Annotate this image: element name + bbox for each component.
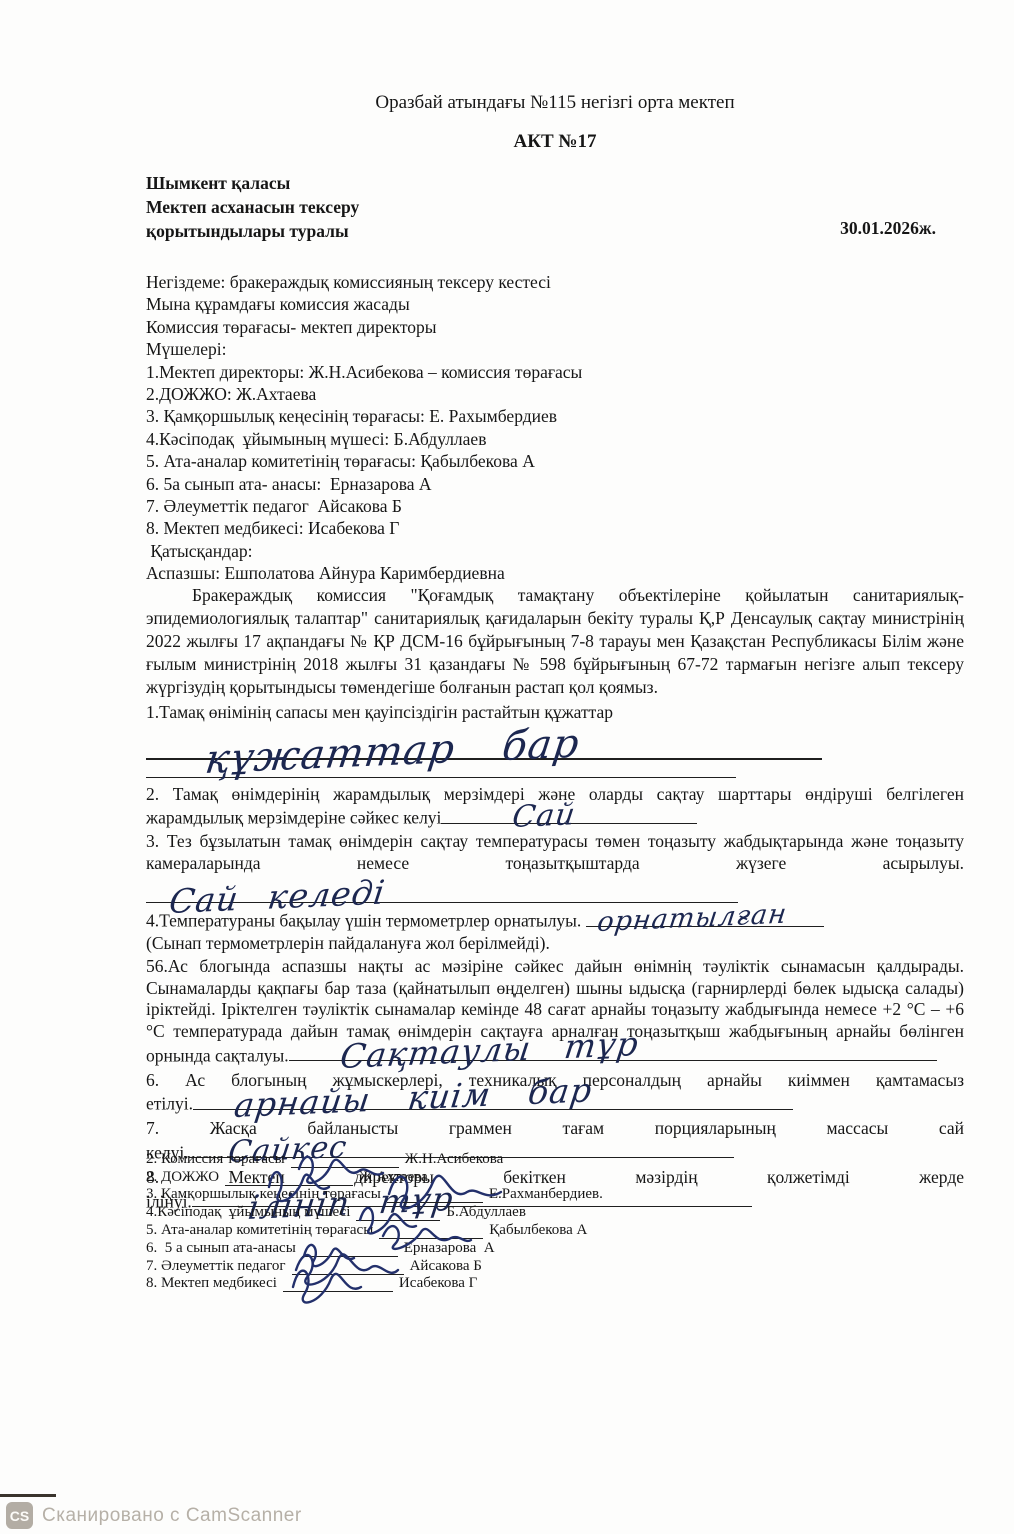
item-3: 3. Тез бұзылатын тамақ өнімдерін сақтау … (146, 831, 964, 903)
item-56-handwriting: Сақтаулы тұр (339, 1033, 640, 1068)
item-1: 1.Тамақ өнімінің сапасы мен қауіпсіздігі… (146, 702, 964, 778)
signature-label: 8. Мектеп медбикесі (146, 1275, 277, 1292)
intro-line: 2.ДОЖЖО: Ж.Ахтаева (146, 383, 964, 405)
signature-name: Исабекова Г (399, 1275, 477, 1292)
scanned-document-page: Оразбай атындағы №115 негізгі орта мекте… (0, 0, 1014, 1534)
item-4-handwriting: орнатылған (596, 904, 788, 934)
item-1-handwriting: құжаттар бар (204, 734, 581, 772)
item-3-line2: камераларында немесе тоңазытқыштарда жүз… (146, 853, 964, 875)
signature-label: 2. ДОЖЖО (146, 1169, 219, 1186)
signature-label: 4.Кәсіподақ ұйымының мүшесі (146, 1204, 350, 1221)
intro-line: 6. 5а сынып ата- анасы: Ерназарова А (146, 473, 964, 495)
item-3-answer-line: Сай келеді (146, 874, 738, 903)
signature-name: Айсакова Б (410, 1258, 482, 1275)
signature-row: 8. Мектеп медбикесі Исабекова Г (146, 1275, 964, 1293)
camscanner-footer: CS Сканировано с CamScanner (6, 1502, 302, 1529)
item-1-label: 1.Тамақ өнімінің сапасы мен қауіпсіздігі… (146, 702, 964, 724)
item-2-answer-line: Сай (441, 805, 697, 824)
intro-line: Мүшелері: (146, 338, 964, 360)
signature-row: 5. Ата-аналар комитетінің төрағасы Қабыл… (146, 1221, 964, 1239)
intro-line: Комиссия төрағасы- мектеп директоры (146, 316, 964, 338)
signature-block: 2. Комиссия төрағасы Ж.Н.Асибекова 2. ДО… (146, 1150, 964, 1292)
legal-basis-paragraph: Бракераждық комиссия "Қоғамдық тамақтану… (146, 584, 964, 699)
intro-line: 4.Кәсіподақ ұйымының мүшесі: Б.Абдуллаев (146, 428, 964, 450)
signature-row: 4.Кәсіподақ ұйымының мүшесі Б.Абдуллаев (146, 1203, 964, 1221)
signature-row: 7. Әлеуметтік педагог Айсакова Б (146, 1257, 964, 1275)
intro-line: Қатысқандар: (146, 540, 964, 562)
item-2-handwriting: Сай (511, 804, 577, 828)
document-date: 30.01.2026ж. (146, 218, 936, 239)
intro-line: Мына құрамдағы комиссия жасады (146, 293, 964, 315)
item-4-answer-line: орнатылған (586, 908, 824, 927)
item-2-line2: жарамдылық мерзімдеріне сәйкес келуіСай (146, 805, 964, 829)
signature-line (379, 1225, 483, 1239)
act-number-title: АКТ №17 (146, 131, 964, 153)
signature-scribble (219, 1157, 339, 1195)
signature-row: 2. ДОЖЖО Ж.Ахтаева (146, 1168, 964, 1186)
footer-divider (0, 1494, 56, 1497)
item-56-answer-line: Сақтаулы тұр (289, 1043, 937, 1062)
signature-row: 6. 5 а сынып ата-анасы Ерназарова А (146, 1239, 964, 1257)
intro-line: Негіздеме: бракераждық комиссияның тексе… (146, 271, 964, 293)
item-6-line2-text: етілуі. (146, 1094, 193, 1114)
address-line: Мектеп асханасын тексеру (146, 195, 964, 219)
item-1-answer-line: құжаттар бар (146, 724, 822, 760)
item-6-answer-line: арнайы киім бар (193, 1091, 793, 1110)
scan-note: Сканировано с CamScanner (42, 1505, 302, 1527)
signature-scribble (277, 1257, 373, 1301)
signature-line (283, 1278, 393, 1292)
item-6-handwriting: арнайы киім бар (233, 1079, 594, 1116)
item-2: 2. Тамақ өнімдерінің жарамдылық мерзімде… (146, 784, 964, 830)
camscanner-logo-icon: CS (6, 1502, 33, 1529)
item-2-line2-text: жарамдылық мерзімдеріне сәйкес келуі (146, 808, 441, 828)
item-3-handwriting: Сай келеді (168, 881, 387, 912)
signature-label: 6. 5 а сынып ата-анасы (146, 1240, 296, 1257)
intro-line: 1.Мектеп директоры: Ж.Н.Асибекова – коми… (146, 361, 964, 383)
intro-line: 8. Мектеп медбикесі: Исабекова Г (146, 517, 964, 539)
signature-name: Қабылбекова А (489, 1222, 587, 1239)
intro-line: 7. Әлеуметтік педагог Айсакова Б (146, 495, 964, 517)
school-title: Оразбай атындағы №115 негізгі орта мекте… (146, 92, 964, 114)
signature-label: 7. Әлеуметтік педагог (146, 1258, 286, 1275)
intro-line: 5. Ата-аналар комитетінің төрағасы: Қабы… (146, 450, 964, 472)
intro-line: Аспазшы: Ешполатова Айнура Каримбердиевн… (146, 562, 964, 584)
item-4-note: (Сынап термометрлерін пайдалануға жол бе… (146, 933, 964, 955)
item-56: 56.Ас блогында аспазшы нақты ас мәзіріне… (146, 956, 964, 1066)
item-6-line2: етілуі.арнайы киім бар (146, 1091, 964, 1115)
address-line: Шымкент қаласы (146, 171, 964, 195)
item-6: 6. Ас блогының жұмыскерлері, техникалық … (146, 1070, 964, 1116)
intro-line: 3. Қамқоршылық кеңесінің төрағасы: Е. Ра… (146, 405, 964, 427)
item-3-line1: 3. Тез бұзылатын тамақ өнімдерін сақтау … (146, 831, 964, 853)
inspection-items: 1.Тамақ өнімінің сапасы мен қауіпсіздігі… (146, 702, 964, 1213)
signature-line (225, 1172, 353, 1186)
commission-list: Негіздеме: бракераждық комиссияның тексе… (146, 271, 964, 585)
